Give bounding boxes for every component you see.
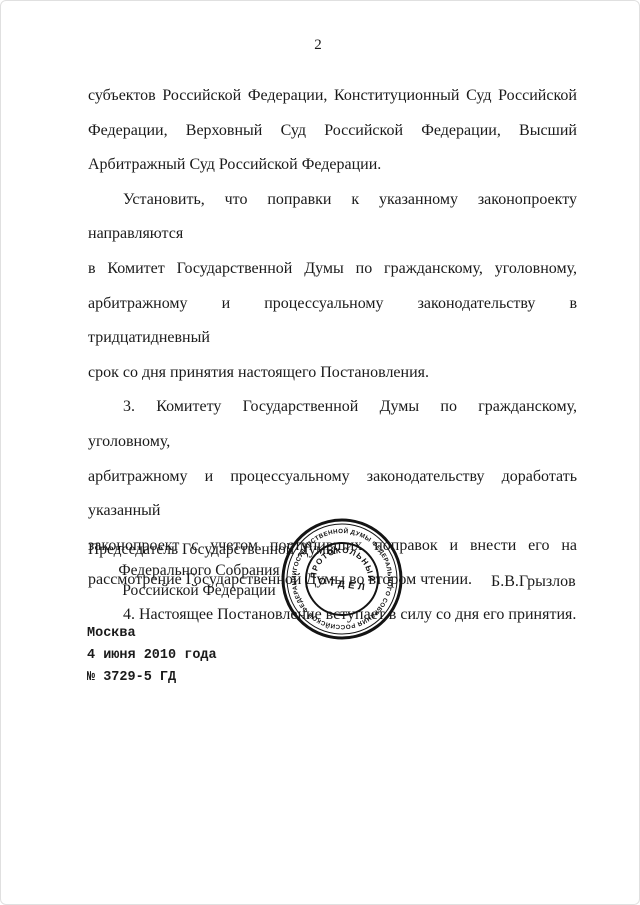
issue-city: Москва: [87, 623, 217, 645]
stamp-center-label: ОТДЕЛ: [318, 576, 369, 594]
document-page: 2 субъектов Российской Федерации, Консти…: [0, 0, 640, 905]
body-line: Федерации, Верховный Суд Российской Феде…: [88, 114, 577, 149]
body-line: субъектов Российской Федерации, Конститу…: [88, 79, 577, 114]
body-line: арбитражному и процессуальному законодат…: [88, 287, 577, 356]
body-line: Установить, что поправки к указанному за…: [88, 183, 577, 252]
svg-text:ГОСУДАРСТВЕННОЙ ДУМЫ ФЕДЕРАЛЬН: ГОСУДАРСТВЕННОЙ ДУМЫ ФЕДЕРАЛЬНОГО СОБРАН…: [270, 507, 402, 638]
page-number: 2: [88, 37, 548, 54]
stamp-seal-icon: ГОСУДАРСТВЕННОЙ ДУМЫ ФЕДЕРАЛЬНОГО СОБРАН…: [270, 507, 415, 652]
body-line: 3. Комитету Государственной Думы по граж…: [88, 390, 577, 459]
body-line: Арбитражный Суд Российской Федерации.: [88, 148, 577, 183]
protocol-department-stamp: ГОСУДАРСТВЕННОЙ ДУМЫ ФЕДЕРАЛЬНОГО СОБРАН…: [270, 507, 415, 652]
issue-number: № 3729-5 ГД: [87, 667, 217, 689]
issue-date: 4 июня 2010 года: [87, 645, 217, 667]
stamp-ring-text: ГОСУДАРСТВЕННОЙ ДУМЫ ФЕДЕРАЛЬНОГО СОБРАН…: [270, 507, 402, 638]
signatory-name: Б.В.Грызлов: [491, 573, 576, 591]
issue-block: Москва 4 июня 2010 года № 3729-5 ГД: [87, 623, 217, 689]
body-line: в Комитет Государственной Думы по гражда…: [88, 252, 577, 287]
body-line: срок со дня принятия настоящего Постанов…: [88, 356, 577, 391]
